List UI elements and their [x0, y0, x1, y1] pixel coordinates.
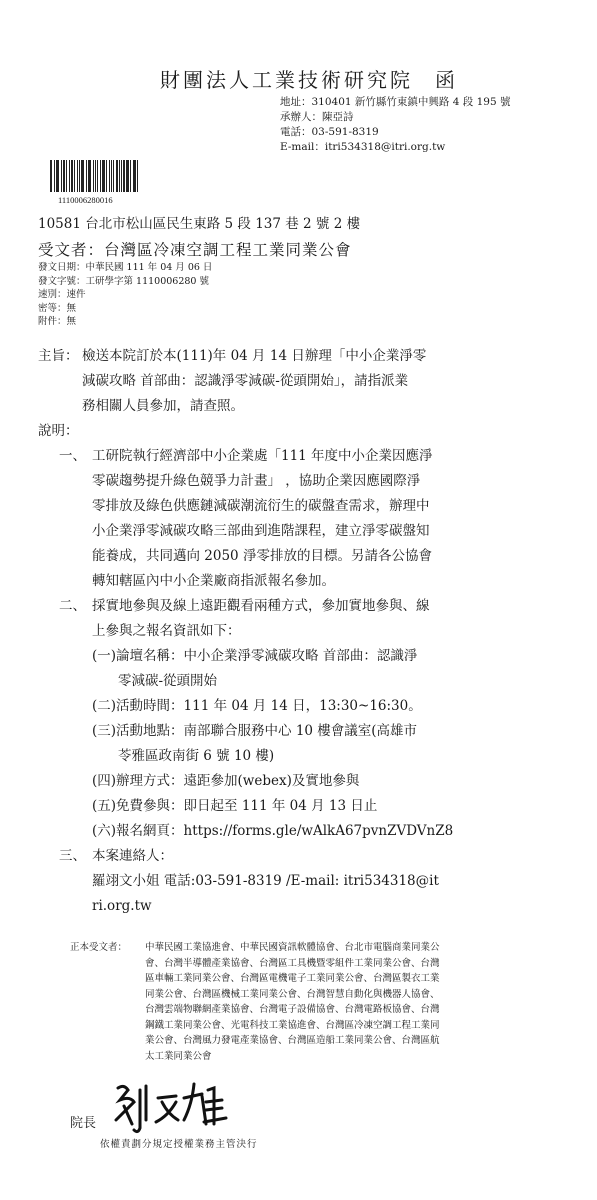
sub-item-event-location-cont: 苓雅區政南街 6 號 10 樓) [38, 744, 578, 769]
distribution-line: 會、台灣半導體產業協會、台灣區工具機暨零組件工業同業公會、台灣 [145, 956, 597, 972]
barcode-bar [66, 160, 67, 192]
item-text-line: 零排放及綠色供應鏈減碳潮流衍生的碳盤查需求，辦理中 [38, 494, 578, 519]
explanation-item-1: 一、 工研院執行經濟部中小企業處「111 年度中小企業因應淨 [38, 444, 578, 469]
distribution-label: 正本受文者： [70, 940, 127, 956]
barcode-bar [71, 160, 73, 192]
sub-item-event-location: (三)活動地點：南部聯合服務中心 10 樓會議室(高雄市 [38, 719, 578, 744]
item-text-line: 轉知轄區內中小企業廠商指派報名參加。 [38, 569, 578, 594]
sub-item-forum-name: (一)論壇名稱：中小企業淨零減碳攻略 首部曲：認識淨 [38, 644, 578, 669]
barcode-bar [79, 160, 81, 192]
urgency: 速別：速件 [38, 288, 212, 302]
distribution-line: 鋼鐵工業同業公會、光電科技工業協進會、台灣區冷凍空調工程工業同 [145, 1018, 597, 1034]
item-text-line: 小企業淨零減碳攻略三部曲到進階課程，建立淨零碳盤知 [38, 519, 578, 544]
security-level: 密等：無 [38, 302, 212, 316]
barcode-bar [133, 160, 134, 192]
barcode-bar [69, 160, 70, 192]
distribution-line: 中華民國工業協進會、中華民國資訊軟體協會、台北市電腦商業同業公 [145, 940, 597, 956]
subject-line: 務相關人員參加，請查照。 [38, 394, 578, 419]
item-text-line: 上參與之報名資訊如下： [38, 619, 578, 644]
barcode-bar [61, 160, 62, 192]
barcode-bar [74, 160, 75, 192]
item-text-line: 能養成，共同邁向 2050 淨零排放的目標。另請各公協會 [38, 544, 578, 569]
signature-icon [110, 1080, 230, 1140]
document-meta: 發文日期：中華民國 111 年 04 月 06 日 發文字號：工研學字第 111… [38, 261, 212, 329]
barcode-bar [57, 160, 59, 192]
contact-line: 羅翊文小姐 電話:03-591-8319 /E-mail: itri534318… [38, 869, 578, 894]
barcode-bar [126, 160, 129, 192]
barcode-bar [130, 160, 131, 192]
handwritten-signature [110, 1080, 230, 1140]
document-header: 財團法人工業技術研究院函 [160, 64, 458, 93]
distribution-line: 業公會、台灣風力發電產業協會、台灣區造船工業同業公會、台灣區航 [145, 1033, 597, 1049]
barcode-bar [100, 160, 101, 192]
recipient-address: 10581 台北市松山區民生東路 5 段 137 巷 2 號 2 樓 [38, 212, 360, 232]
receiver: 受文者：台灣區冷凍空調工程工業同業公會 [38, 238, 352, 260]
distribution-line: 區車輛工業同業公會、台灣區電機電子工業同業公會、台灣區製衣工業 [145, 971, 597, 987]
barcode-bar [50, 160, 52, 192]
sub-item-registration-link[interactable]: (六)報名網頁：https://forms.gle/wAlkA67pvnZVDV… [38, 819, 578, 844]
signatory-title: 院長 [70, 1112, 96, 1131]
barcode-number: 1110006280016 [58, 195, 113, 205]
sender-email: E-mail：itri534318@itri.org.tw [280, 140, 511, 155]
barcode-bar [63, 160, 66, 192]
item-text-line: 零碳趨勢提升綠色競爭力計畫」 ，協助企業因應國際淨 [38, 469, 578, 494]
subject-line: 主旨： 檢送本院訂於本(111)年 04 月 14 日辦理「中小企業淨零 [38, 344, 578, 369]
subject-label: 主旨： [38, 344, 82, 369]
sub-item-free-registration: (五)免費參與：即日起至 111 年 04 月 13 日止 [38, 794, 578, 819]
document-body: 主旨： 檢送本院訂於本(111)年 04 月 14 日辦理「中小企業淨零 減碳攻… [38, 344, 578, 919]
issue-date: 發文日期：中華民國 111 年 04 月 06 日 [38, 261, 212, 275]
barcode-bar [95, 160, 96, 192]
distribution-recipients: 中華民國工業協進會、中華民國資訊軟體協會、台北市電腦商業同業公 會、台灣半導體產… [145, 940, 597, 1064]
barcode-bar [86, 160, 87, 192]
barcode-bar [134, 160, 136, 192]
barcode-bar [89, 160, 91, 192]
sub-item-forum-name-cont: 零減碳-從頭開始 [38, 669, 578, 694]
barcode-bar [106, 160, 107, 192]
distribution-line: 台灣雲端物聯網產業協會、台灣電子設備協會、台灣電路板協會、台灣 [145, 1002, 597, 1018]
barcode-bar [113, 160, 114, 192]
barcode-bar [137, 160, 138, 192]
sender-info: 地址：310401 新竹縣竹東鎮中興路 4 段 195 號 承辦人：陳亞詩 電話… [280, 95, 511, 155]
doc-type: 函 [435, 68, 458, 92]
barcode-bar [56, 160, 57, 192]
subject-text: 務相關人員參加，請查照。 [82, 394, 244, 419]
barcode-bar [111, 160, 112, 192]
barcode-bar [102, 160, 105, 192]
distribution-line: 太工業同業公會 [145, 1049, 597, 1065]
item-number: 三、 [59, 844, 92, 869]
explanation-item-3: 三、 本案連絡人： [38, 844, 578, 869]
item-text: 工研院執行經濟部中小企業處「111 年度中小企業因應淨 [92, 444, 433, 469]
item-text: 採實地參與及線上遠距觀看兩種方式，參加實地參與、線 [92, 594, 430, 619]
explanation-item-2: 二、 採實地參與及線上遠距觀看兩種方式，參加實地參與、線 [38, 594, 578, 619]
sub-item-event-time: (二)活動時間：111 年 04 月 14 日，13:30~16:30。 [38, 694, 578, 719]
barcode-bar [109, 160, 111, 192]
barcode [50, 160, 140, 192]
barcode-bar [121, 160, 122, 192]
barcode-bar [123, 160, 125, 192]
item-text: 本案連絡人： [92, 844, 173, 869]
document-number: 發文字號：工研學字第 1110006280 號 [38, 275, 212, 289]
barcode-bar [116, 160, 118, 192]
subject-line: 減碳攻略 首部曲：認識淨零減碳-從頭開始」，請指派業 [38, 369, 578, 394]
explanation-label: 說明： [38, 419, 578, 444]
org-name: 財團法人工業技術研究院 [160, 68, 413, 92]
barcode-bar [93, 160, 94, 192]
subject-text: 減碳攻略 首部曲：認識淨零減碳-從頭開始」，請指派業 [82, 369, 408, 394]
contact-line: ri.org.tw [38, 894, 578, 919]
barcode-bar [88, 160, 89, 192]
barcode-bar [54, 160, 55, 192]
item-number: 二、 [59, 594, 92, 619]
sender-handler: 承辦人：陳亞詩 [280, 110, 511, 125]
sender-address: 地址：310401 新竹縣竹東鎮中興路 4 段 195 號 [280, 95, 511, 110]
barcode-bar [77, 160, 78, 192]
attachments: 附件：無 [38, 315, 212, 329]
item-number: 一、 [59, 444, 92, 469]
barcode-bar [97, 160, 99, 192]
subject-text: 檢送本院訂於本(111)年 04 月 14 日辦理「中小企業淨零 [82, 344, 426, 369]
sender-phone: 電話：03-591-8319 [280, 125, 511, 140]
delegation-note: 依權責劃分規定授權業務主管決行 [100, 1136, 258, 1150]
distribution-line: 同業公會、台灣區機械工業同業公會、台灣智慧自動化與機器人協會、 [145, 987, 597, 1003]
sub-item-format: (四)辦理方式：遠距參加(webex)及實地參與 [38, 769, 578, 794]
barcode-bar [81, 160, 84, 192]
barcode-bar [119, 160, 120, 192]
